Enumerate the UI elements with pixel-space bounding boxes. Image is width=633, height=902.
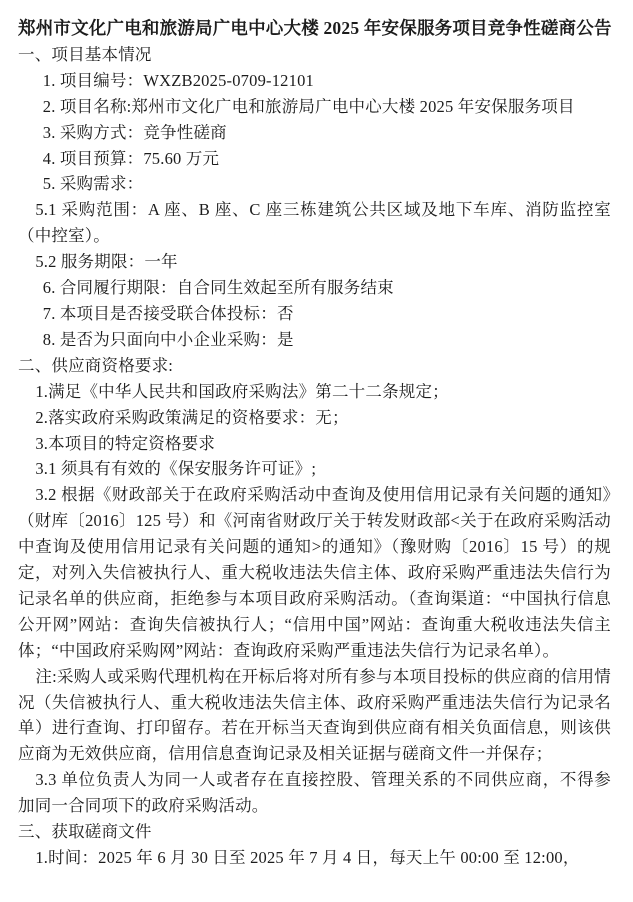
document-paragraph: 3.1 须具有有效的《保安服务许可证》;: [18, 456, 611, 482]
document-paragraph: 1.满足《中华人民共和国政府采购法》第二十二条规定；: [18, 379, 611, 405]
document-paragraph: 2. 项目名称:郑州市文化广电和旅游局广电中心大楼 2025 年安保服务项目: [18, 94, 611, 120]
document-paragraph: 注:采购人或采购代理机构在开标后将对所有参与本项目投标的供应商的信用情况（失信被…: [18, 664, 611, 768]
document-paragraph: 3.本项目的特定资格要求: [18, 431, 611, 457]
document-paragraph: 8. 是否为只面向中小企业采购：是: [18, 327, 611, 353]
document-paragraph: 4. 项目预算：75.60 万元: [18, 146, 611, 172]
section-heading: 一、项目基本情况: [18, 42, 611, 68]
document-page: 郑州市文化广电和旅游局广电中心大楼 2025 年安保服务项目竞争性磋商公告 一、…: [0, 0, 633, 902]
document-paragraph: 7. 本项目是否接受联合体投标：否: [18, 301, 611, 327]
document-paragraph: 2.落实政府采购政策满足的资格要求：无；: [18, 405, 611, 431]
section-heading: 二、供应商资格要求:: [18, 353, 611, 379]
document-paragraph: 3.2 根据《财政部关于在政府采购活动中查询及使用信用记录有关问题的通知》（财库…: [18, 482, 611, 663]
document-paragraph: 5. 采购需求：: [18, 171, 611, 197]
document-paragraph: 1.时间：2025 年 6 月 30 日至 2025 年 7 月 4 日，每天上…: [18, 845, 611, 871]
document-body: 一、项目基本情况1. 项目编号：WXZB2025-0709-121012. 项目…: [18, 42, 611, 871]
document-paragraph: 3.3 单位负责人为同一人或者存在直接控股、管理关系的不同供应商，不得参加同一合…: [18, 767, 611, 819]
document-title: 郑州市文化广电和旅游局广电中心大楼 2025 年安保服务项目竞争性磋商公告: [18, 16, 611, 42]
document-paragraph: 3. 采购方式：竞争性磋商: [18, 120, 611, 146]
document-paragraph: 5.2 服务期限：一年: [18, 249, 611, 275]
document-paragraph: 1. 项目编号：WXZB2025-0709-12101: [18, 68, 611, 94]
document-paragraph: 6. 合同履行期限：自合同生效起至所有服务结束: [18, 275, 611, 301]
section-heading: 三、获取磋商文件: [18, 819, 611, 845]
document-paragraph: 5.1 采购范围：A 座、B 座、C 座三栋建筑公共区域及地下车库、消防监控室（…: [18, 197, 611, 249]
